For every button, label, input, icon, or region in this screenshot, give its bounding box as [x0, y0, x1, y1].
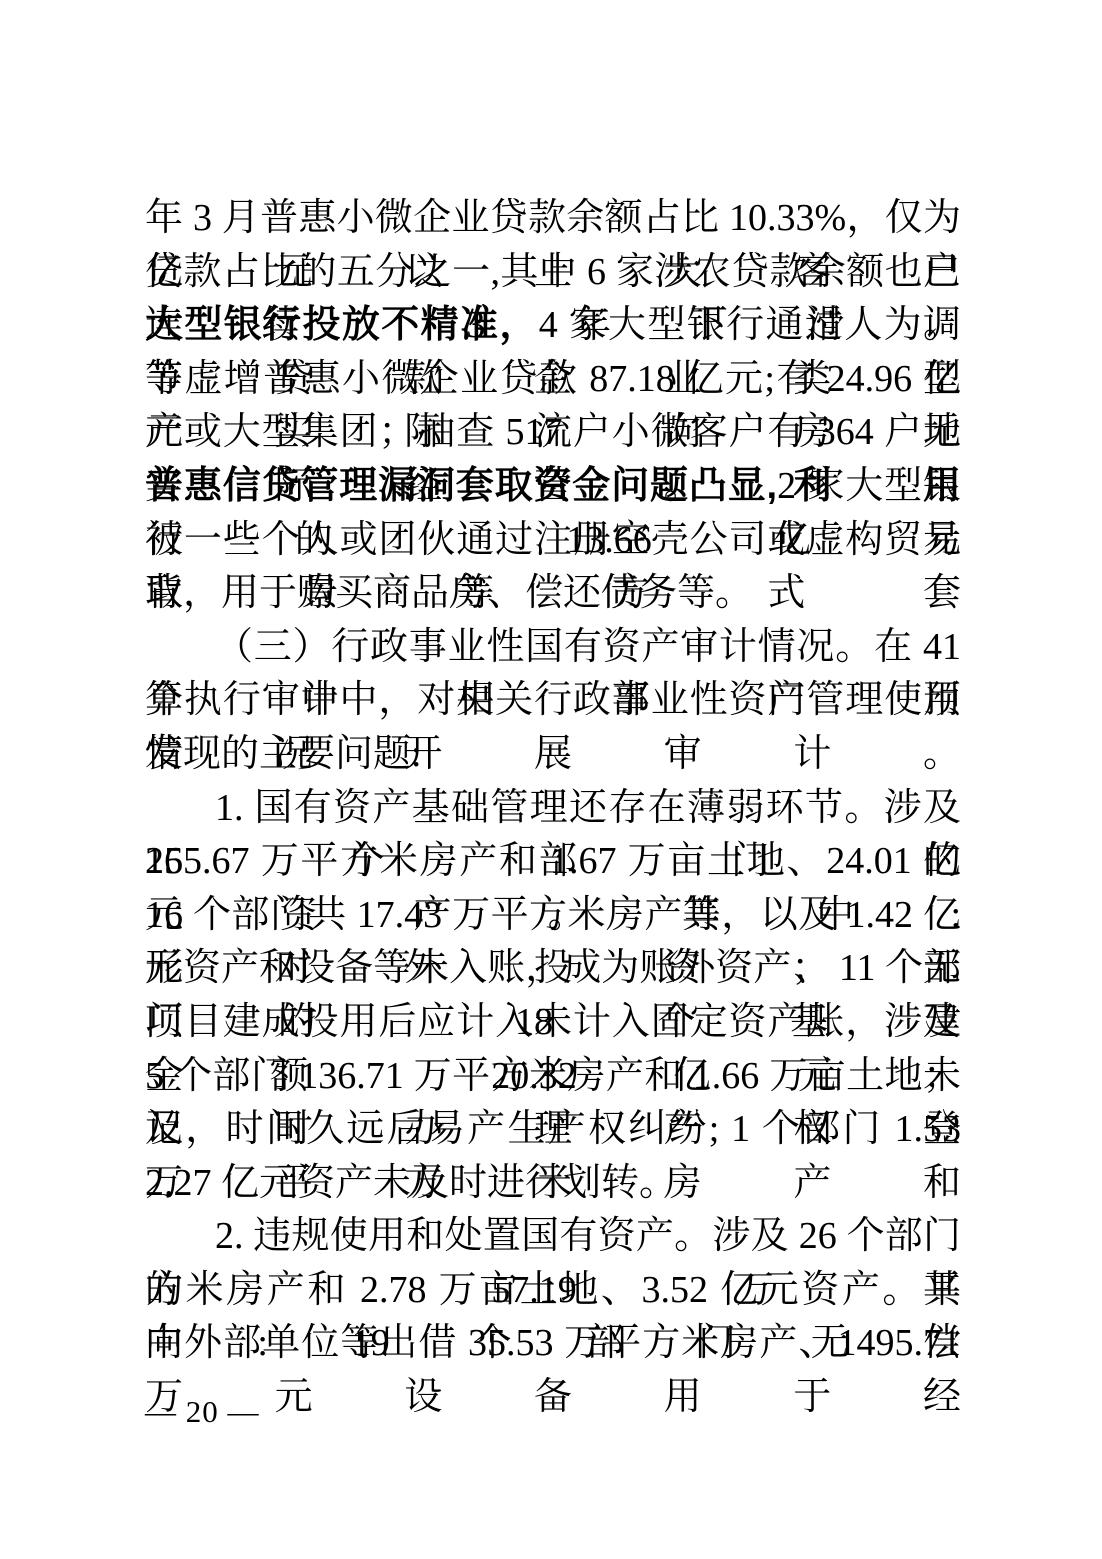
body-text: 发现的主要问题:	[145, 733, 422, 775]
document-line: 大型银行投放不精准，4 家大型银行通过人为调节贷款企业类型	[145, 299, 961, 353]
document-line: 2. 违规使用和处置国有资产。涉及 26 个部门的 57.19 万平	[145, 1210, 961, 1264]
body-text: 取，用于购买商品房、偿还债务等。	[145, 572, 753, 614]
body-text: 2.27 亿元资产未及时进行划转。	[145, 1162, 677, 1204]
emphasis-text: 普惠信贷管理漏洞套取资金问题凸显,	[145, 465, 777, 507]
document-page: 年 3 月普惠小微企业贷款余额占比 10.33%，仅为亿元以上大客户贷款占比的五…	[0, 0, 1102, 1559]
document-line: 5 个部门 136.71 万平方米房产和 1.66 万亩土地未及时办理产权登	[145, 1050, 961, 1104]
document-line: 普惠信贷管理漏洞套取资金问题凸显,2 家大型银行的 13.66 亿元	[145, 460, 961, 514]
document-line: 16 个部门共 17.43 万平方米房产等，以及 1.42 亿元对外投资、无	[145, 889, 961, 943]
document-line: 被一些个人或团伙通过注册空壳公司或虚构贸易背景等方式套	[145, 514, 961, 568]
document-body: 年 3 月普惠小微企业贷款余额占比 10.33%，仅为亿元以上大客户贷款占比的五…	[145, 192, 961, 1371]
document-line: 记，时间久远后易产生产权纠纷; 1 个部门 1.53 万平方米房产和	[145, 1103, 961, 1157]
document-line: 贷款占比的五分之一,其中 6 家涉农贷款余额也已连续 3 年下滑。	[145, 246, 961, 300]
document-line: 项目建成投用后应计入未计入固定资产账，涉及金额 20.32 亿元；	[145, 996, 961, 1050]
body-text: 向外部单位等出借 35.53 万平方米房产、1495.71 万元设备用于经	[145, 1322, 961, 1418]
document-line: 1. 国有资产基础管理还存在薄弱环节。涉及 26 个部门的	[145, 782, 961, 836]
document-line: 算执行审计中，对相关行政事业性资产管理使用情况开展审计。	[145, 674, 961, 728]
document-line: （三）行政事业性国有资产审计情况。在 41 个中央部门预	[145, 621, 961, 675]
page-number: — 20 —	[145, 1392, 260, 1432]
document-line: 形资产和设备等未入账，成为账外资产； 11 个部门的 18 个基建	[145, 942, 961, 996]
emphasis-text: 大型银行投放不精准，	[145, 304, 539, 346]
document-line: 155.67 万平方米房产和 1.67 万亩土地、24.01 亿元资产。其中:	[145, 835, 961, 889]
document-line: 方米房产和 2.78 万亩土地、3.52 亿元资产。其中: 19 个部门无偿	[145, 1264, 961, 1318]
document-line: 等虚增普惠小微企业贷款 87.18 亿元;有 24.96 亿元实际流向房地	[145, 353, 961, 407]
document-line: 年 3 月普惠小微企业贷款余额占比 10.33%，仅为亿元以上大客户	[145, 192, 961, 246]
document-line: 向外部单位等出借 35.53 万平方米房产、1495.71 万元设备用于经	[145, 1317, 961, 1371]
document-line: 产或大型集团；抽查 517 户小微客户有 364 户无实际经营。利用	[145, 406, 961, 460]
